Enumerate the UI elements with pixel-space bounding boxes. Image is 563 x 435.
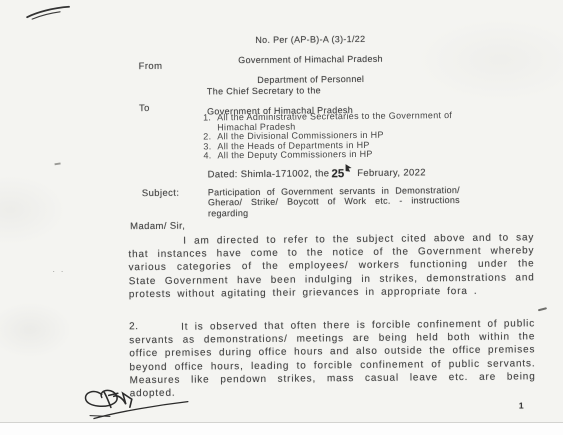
date-line: Dated: Shimla-171002, the25 February, 20… xyxy=(208,166,426,180)
handwritten-day: 25 xyxy=(331,168,344,180)
scan-bottom-edge xyxy=(0,423,563,435)
page-number: 1 xyxy=(519,400,524,410)
recipient-item: 4. All the Deputy Commissioners in HP xyxy=(203,149,453,161)
sender-line: The Chief Secretary to the xyxy=(207,85,353,96)
recipient-text: All the Administrative Secretaries to th… xyxy=(217,111,453,132)
recipient-text: All the Deputy Commissioners in HP xyxy=(217,149,453,161)
government-name: Government of Himachal Pradesh xyxy=(211,53,411,65)
date-prefix: Dated: Shimla-171002, the xyxy=(208,168,330,180)
recipient-number: 1. xyxy=(203,113,217,132)
subject-label: Subject: xyxy=(142,188,180,199)
paragraph-1: I am directed to refer to the subject ci… xyxy=(128,231,535,301)
recipient-item: 1. All the Administrative Secretaries to… xyxy=(203,111,453,133)
scan-smudge xyxy=(54,162,60,164)
letter-page: No. Per (AP-B)-A (3)-1/22 Government of … xyxy=(0,0,563,423)
to-label: To xyxy=(139,103,150,114)
from-label: From xyxy=(139,61,163,72)
scan-smudge: . . xyxy=(53,265,66,274)
recipient-list: 1. All the Administrative Secretaries to… xyxy=(203,111,453,161)
page-content: No. Per (AP-B)-A (3)-1/22 Government of … xyxy=(0,0,563,424)
date-suffix: February, 2022 xyxy=(357,167,426,179)
pen-caret-mark xyxy=(344,163,353,172)
scan-artifact-dash xyxy=(538,307,547,311)
scanned-letter: No. Per (AP-B)-A (3)-1/22 Government of … xyxy=(0,0,563,435)
subject-text: Participation of Government servants in … xyxy=(208,185,460,219)
salutation: Madam/ Sir, xyxy=(130,221,185,233)
recipient-number: 4. xyxy=(203,152,217,162)
signature-scribble xyxy=(80,381,230,424)
pen-stroke-mark xyxy=(23,4,75,22)
reference-number: No. Per (AP-B)-A (3)-1/22 xyxy=(210,33,410,45)
